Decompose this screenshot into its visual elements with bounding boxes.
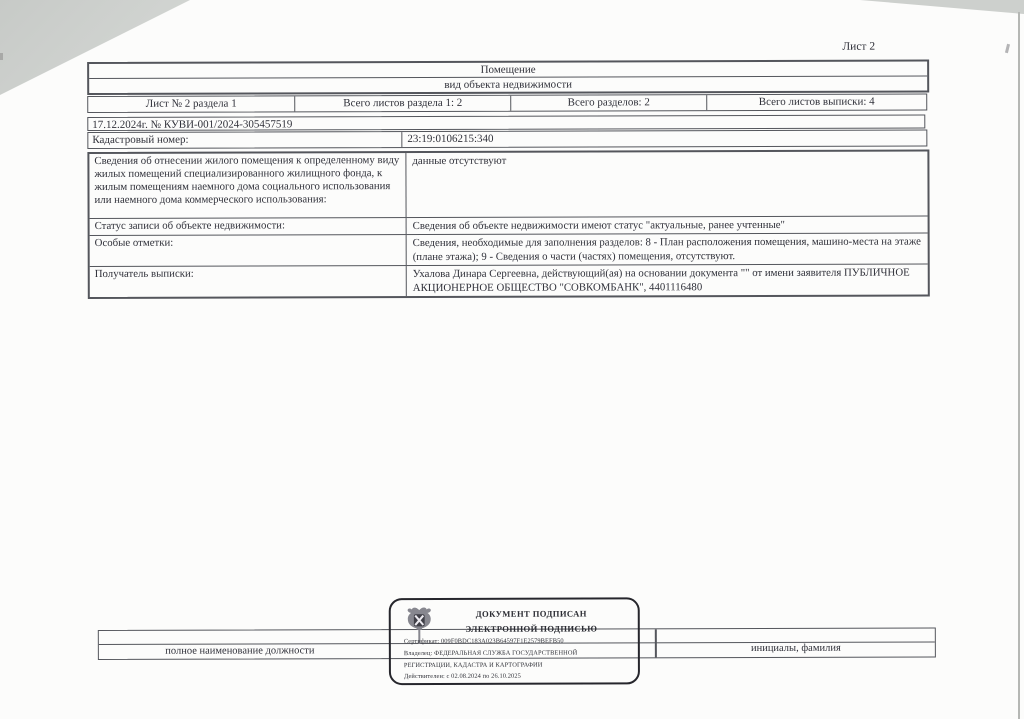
sheet-counters-row: Лист № 2 раздела 1 Всего листов раздела … — [87, 94, 927, 113]
row-value: Ухалова Динара Сергеевна, действующий(ая… — [407, 265, 928, 297]
row-value: Сведения, необходимые для заполнения раз… — [407, 234, 928, 266]
extract-number: 17.12.2024г. № КУВИ-001/2024-305457519 — [87, 115, 925, 131]
row-label: Сведения об отнесении жилого помещения к… — [89, 153, 406, 218]
sheet-number: Лист 2 — [811, 41, 875, 53]
page-edge-line — [1018, 12, 1020, 719]
row-label: Особые отметки: — [90, 235, 407, 266]
stamp-certificate: Сертификат: 009F0BDC183A023B64597F1E2579… — [404, 637, 632, 645]
stamp-owner-line2: РЕГИСТРАЦИИ, КАДАСТРА И КАРТОГРАФИИ — [404, 661, 632, 669]
object-type-header: Помещение вид объекта недвижимости — [87, 60, 929, 95]
details-table: Сведения об отнесении жилого помещения к… — [87, 150, 929, 299]
stamp-owner-line1: Владелец: ФЕДЕРАЛЬНАЯ СЛУЖБА ГОСУДАРСТВЕ… — [404, 649, 632, 657]
cadastral-number-row: Кадастровый номер: 23:19:0106215:340 — [87, 130, 927, 149]
table-row: Особые отметки: Сведения, необходимые дл… — [90, 233, 928, 266]
sheet-counter-cell: Всего листов раздела 1: 2 — [295, 96, 511, 112]
object-type-subtitle: вид объекта недвижимости — [89, 76, 927, 93]
row-label: Получатель выписки: — [90, 266, 407, 297]
row-value: данные отсутствуют — [406, 152, 927, 218]
table-row: Статус записи об объекте недвижимости: С… — [90, 216, 928, 235]
sheet-counter-cell: Лист № 2 раздела 1 — [88, 96, 295, 112]
sheet-counter-cell: Всего разделов: 2 — [511, 95, 707, 111]
position-name-label: полное наименование должности — [99, 645, 381, 657]
stamp-title-line2: ЭЛЕКТРОННОЙ ПОДПИСЬЮ — [435, 623, 628, 634]
table-row: Получатель выписки: Ухалова Динара Серге… — [90, 264, 928, 297]
sheet-counter-cell: Всего листов выписки: 4 — [707, 95, 926, 111]
initials-surname-label: инициалы, фамилия — [657, 642, 935, 654]
cadastral-number-value: 23:19:0106215:340 — [402, 131, 926, 148]
scan-speck — [0, 53, 3, 60]
stamp-validity: Действителен: с 02.08.2024 по 26.10.2025 — [404, 672, 632, 680]
table-row: Сведения об отнесении жилого помещения к… — [89, 152, 927, 218]
cadastral-number-label: Кадастровый номер: — [88, 132, 402, 148]
stamp-title-line1: ДОКУМЕНТ ПОДПИСАН — [435, 608, 628, 619]
row-value: Сведения об объекте недвижимости имеют с… — [407, 217, 928, 235]
row-label: Статус записи об объекте недвижимости: — [90, 218, 407, 235]
digital-signature-stamp: ДОКУМЕНТ ПОДПИСАН ЭЛЕКТРОННОЙ ПОДПИСЬЮ С… — [389, 597, 640, 685]
